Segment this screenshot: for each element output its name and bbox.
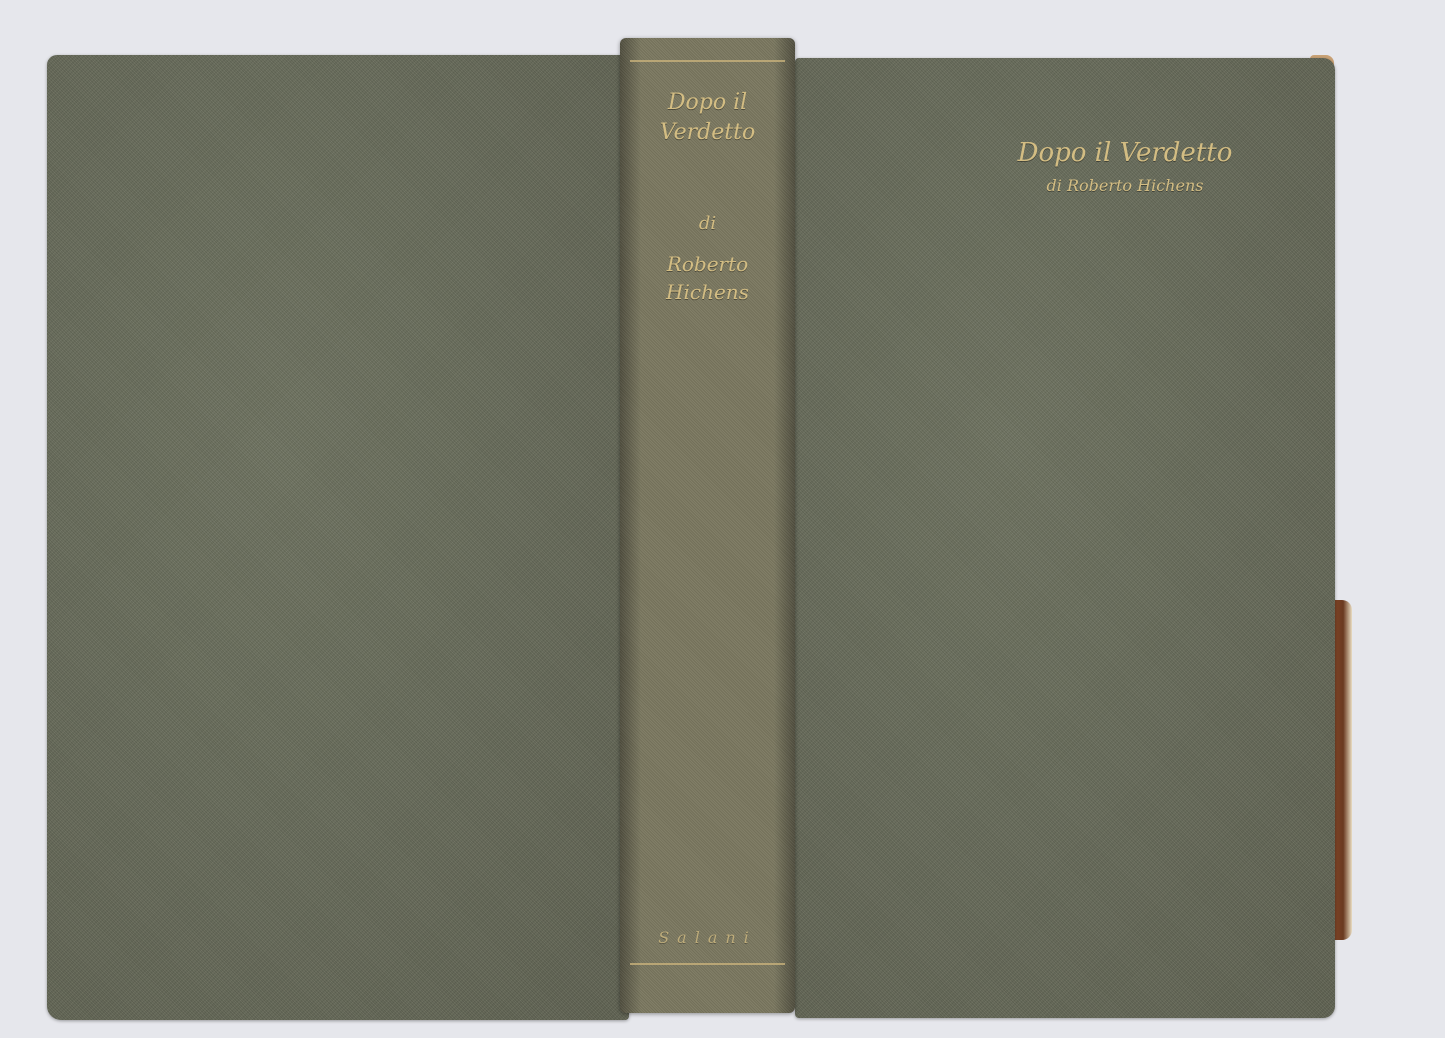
spine-author-line1: Roberto xyxy=(620,250,795,278)
spine-title-line1: Dopo il xyxy=(620,88,795,118)
spine-publisher: Salani xyxy=(620,928,795,947)
back-cover xyxy=(47,55,629,1020)
front-cover: Dopo il Verdetto di Roberto Hichens xyxy=(795,58,1335,1018)
spine-gilt-rule-bottom xyxy=(630,963,785,965)
spine-author: Roberto Hichens xyxy=(620,250,795,306)
spine-author-line2: Hichens xyxy=(620,278,795,306)
spine-gilt-rule-top xyxy=(630,60,785,62)
spine-title: Dopo il Verdetto xyxy=(620,88,795,148)
front-cover-author: di Roberto Hichens xyxy=(795,176,1335,195)
front-cover-title: Dopo il Verdetto xyxy=(795,138,1335,168)
book-spine: Dopo il Verdetto di Roberto Hichens Sala… xyxy=(620,38,795,1013)
spine-title-line2: Verdetto xyxy=(620,118,795,148)
spine-by: di xyxy=(620,213,795,234)
